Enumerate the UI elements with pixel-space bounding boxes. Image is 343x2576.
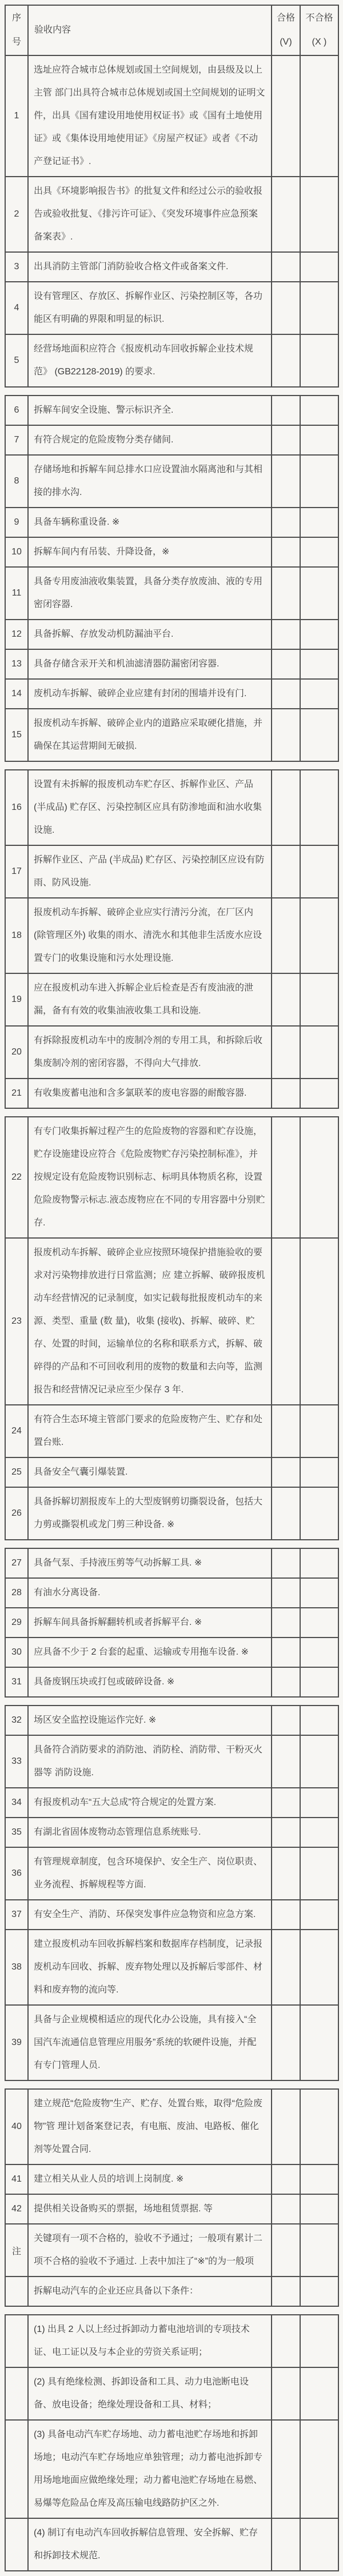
fail-mark-cell[interactable] bbox=[300, 2089, 338, 2164]
column-header-content: 验收内容 bbox=[28, 5, 272, 55]
acceptance-item-text: 有油水分离设备. bbox=[28, 1578, 272, 1608]
checklist-row: 34有报废机动车“五大总成”符合规定的处置方案. bbox=[5, 1788, 338, 1818]
row-number: 32 bbox=[5, 1706, 28, 1735]
acceptance-item-text: 废机动车拆解、破碎企业应建有封闭的围墙并设有门. bbox=[28, 679, 272, 709]
pass-mark-cell[interactable] bbox=[272, 845, 300, 898]
acceptance-item-text: (2) 具有绝缘检测、拆卸设备和工具、动力电池断电设备、放电设备；绝缘处理设备和… bbox=[28, 2367, 272, 2420]
acceptance-item-text: 拆解作业区、产品 (半成品) 贮存区、污染控制区应设有防雨、防风设施. bbox=[28, 845, 272, 898]
checklist-row: (3) 具备电动汽车贮存场地、动力蓄电池贮存场地和拆卸场地；电动汽车贮存场地应单… bbox=[5, 2420, 338, 2518]
fail-mark-cell[interactable] bbox=[300, 1608, 338, 1638]
acceptance-item-text: 关键项有一项不合格的，验收不予通过；一般项有累计二项不合格的验收不予通过. 上表… bbox=[28, 2224, 272, 2277]
fail-mark-cell[interactable] bbox=[300, 1818, 338, 1847]
acceptance-item-text: 有符合规定的危险废物分类存储间. bbox=[28, 425, 272, 455]
row-number: 18 bbox=[5, 898, 28, 973]
fail-mark-cell[interactable] bbox=[300, 282, 338, 334]
row-number: 11 bbox=[5, 567, 28, 620]
checklist-row: 38建立报废机动车回收拆解档案和数据库存档制度，记录报废机动车回收、拆解、废弃物… bbox=[5, 1930, 338, 2005]
acceptance-item-text: 拆解车间内有吊装、升降设备，※ bbox=[28, 537, 272, 567]
pass-mark-cell[interactable] bbox=[272, 1930, 300, 2005]
pass-mark-cell[interactable] bbox=[272, 1706, 300, 1735]
checklist-row: 15报废机动车拆解、破碎企业内的道路应采取硬化措施，并确保在其运营期间无破损. bbox=[5, 709, 338, 761]
fail-mark-cell[interactable] bbox=[300, 1847, 338, 1900]
fail-mark-cell[interactable] bbox=[300, 1457, 338, 1487]
row-number: 注 bbox=[5, 2224, 28, 2277]
fail-mark-cell[interactable] bbox=[300, 1788, 338, 1818]
pass-mark-cell[interactable] bbox=[272, 55, 300, 177]
acceptance-item-text: 具备与企业规模相适应的现代化办公设施，具有接入“全国汽车流通信息管理应用服务”系… bbox=[28, 2005, 272, 2080]
fail-mark-cell[interactable] bbox=[300, 1405, 338, 1457]
pass-mark-cell[interactable] bbox=[272, 1405, 300, 1457]
row-number: 26 bbox=[5, 1487, 28, 1540]
checklist-row: 5经营场地面积应符合《报废机动车回收拆解企业技术规范》 (GB22128-201… bbox=[5, 334, 338, 387]
checklist-row: 30应具备不少于 2 台套的起重、运输或专用拖车设备. ※ bbox=[5, 1638, 338, 1667]
checklist-row: 33具备符合消防要求的消防池、消防栓、消防带、干粉灭火器等 消防设施. bbox=[5, 1735, 338, 1788]
row-number: 33 bbox=[5, 1735, 28, 1788]
scrap-vehicle-acceptance-checklist-document: 序 号验收内容合格 (V)不合格 (X )1选址应符合城市总体规划或国土空间规划… bbox=[0, 0, 343, 2576]
fail-mark-cell[interactable] bbox=[300, 1578, 338, 1608]
checklist-row: 39具备与企业规模相适应的现代化办公设施，具有接入“全国汽车流通信息管理应用服务… bbox=[5, 2005, 338, 2080]
checklist-row: 3出具消防主管部门消防验收合格文件或备案文件. bbox=[5, 252, 338, 282]
row-number: 15 bbox=[5, 709, 28, 761]
fail-mark-cell[interactable] bbox=[300, 679, 338, 709]
pass-mark-cell[interactable] bbox=[272, 679, 300, 709]
checklist-row: 22有专门收集拆解过程产生的危险废物的容器和贮存设施，贮存设施建设应符合《危险废… bbox=[5, 1117, 338, 1238]
fail-mark-cell[interactable] bbox=[300, 649, 338, 679]
pass-mark-cell[interactable] bbox=[272, 2164, 300, 2194]
row-number: 7 bbox=[5, 425, 28, 455]
pass-mark-cell[interactable] bbox=[272, 2367, 300, 2420]
pass-mark-cell[interactable] bbox=[272, 973, 300, 1026]
row-number: 40 bbox=[5, 2089, 28, 2164]
acceptance-item-text: 出具《环境影响报告书》的批复文件和经过公示的验收报告或验收批复、《排污许可证》、… bbox=[28, 177, 272, 252]
fail-mark-cell[interactable] bbox=[300, 1238, 338, 1405]
checklist-row: 16设置有未拆解的报废机动车贮存区、拆解作业区、产品 (半成品) 贮存区、污染控… bbox=[5, 770, 338, 845]
fail-mark-cell[interactable] bbox=[300, 177, 338, 252]
pass-mark-cell[interactable] bbox=[272, 177, 300, 252]
fail-mark-cell[interactable] bbox=[300, 1930, 338, 2005]
fail-mark-cell[interactable] bbox=[300, 396, 338, 425]
fail-mark-cell[interactable] bbox=[300, 252, 338, 282]
pass-mark-cell[interactable] bbox=[272, 1548, 300, 1578]
acceptance-item-text: 具备符合消防要求的消防池、消防栓、消防带、干粉灭火器等 消防设施. bbox=[28, 1735, 272, 1788]
acceptance-item-text: 具备专用废油液收集装置，具备分类存放废油、液的专用密闭容器. bbox=[28, 567, 272, 620]
acceptance-item-text: 具备拆解切割报废车上的大型废钢剪切撕裂设备，包括大力剪或撕裂机或龙门剪三种设备.… bbox=[28, 1487, 272, 1540]
row-number bbox=[5, 2518, 28, 2571]
checklist-row: 24有符合生态环境主管部门要求的危险废物产生、贮存和处置台账. bbox=[5, 1405, 338, 1457]
fail-mark-cell[interactable] bbox=[300, 2194, 338, 2224]
acceptance-item-text: 报废机动车拆解、破碎企业内的道路应采取硬化措施，并确保在其运营期间无破损. bbox=[28, 709, 272, 761]
acceptance-item-text: 具备安全气囊引爆装置. bbox=[28, 1457, 272, 1487]
row-number: 34 bbox=[5, 1788, 28, 1818]
acceptance-item-text: 提供相关设备购买的票据，场地租赁票据. 等 bbox=[28, 2194, 272, 2224]
fail-mark-cell[interactable] bbox=[300, 770, 338, 845]
acceptance-item-text: 设有管理区、存放区、拆解作业区、污染控制区等，各功能区有明确的界限和明显的标识. bbox=[28, 282, 272, 334]
acceptance-item-text: 有专门收集拆解过程产生的危险废物的容器和贮存设施，贮存设施建设应符合《危险废物贮… bbox=[28, 1117, 272, 1238]
column-header-number: 序 号 bbox=[5, 5, 28, 55]
row-number: 14 bbox=[5, 679, 28, 709]
checklist-row: 14废机动车拆解、破碎企业应建有封闭的围墙并设有门. bbox=[5, 679, 338, 709]
row-number bbox=[5, 2420, 28, 2518]
checklist-row: (4) 制订有电动汽车回收拆解信息管理、安全拆解、贮存和拆卸技术规范. bbox=[5, 2518, 338, 2571]
checklist-row: 19应在报废机动车进入拆解企业后检查是否有废油液的泄漏，备有有效的收集油液收集工… bbox=[5, 973, 338, 1026]
checklist-row: 6拆解车间安全设施、警示标识齐全. bbox=[5, 396, 338, 425]
row-number: 13 bbox=[5, 649, 28, 679]
row-number: 41 bbox=[5, 2164, 28, 2194]
pass-mark-cell[interactable] bbox=[272, 2194, 300, 2224]
pass-mark-cell[interactable] bbox=[272, 455, 300, 508]
pass-mark-cell[interactable] bbox=[272, 537, 300, 567]
pass-mark-cell[interactable] bbox=[272, 2089, 300, 2164]
row-number: 22 bbox=[5, 1117, 28, 1238]
fail-mark-cell[interactable] bbox=[300, 2005, 338, 2080]
acceptance-item-text: 设置有未拆解的报废机动车贮存区、拆解作业区、产品 (半成品) 贮存区、污染控制区… bbox=[28, 770, 272, 845]
checklist-table-segment-1: 序 号验收内容合格 (V)不合格 (X )1选址应符合城市总体规划或国土空间规划… bbox=[5, 5, 339, 388]
checklist-row: 11具备专用废油液收集装置，具备分类存放废油、液的专用密闭容器. bbox=[5, 567, 338, 620]
pass-mark-cell[interactable] bbox=[272, 2005, 300, 2080]
row-number: 12 bbox=[5, 620, 28, 649]
checklist-row: 35有湖北省固体废物动态管理信息系统账号. bbox=[5, 1818, 338, 1847]
pass-mark-cell[interactable] bbox=[272, 709, 300, 761]
fail-mark-cell[interactable] bbox=[300, 898, 338, 973]
row-number: 9 bbox=[5, 508, 28, 537]
fail-mark-cell[interactable] bbox=[300, 508, 338, 537]
checklist-row: 8存储场地和拆解车间总排水口应设置油水隔离池和与其相接的排水沟. bbox=[5, 455, 338, 508]
column-header-fail: 不合格 (X ) bbox=[300, 5, 338, 55]
row-number: 24 bbox=[5, 1405, 28, 1457]
fail-mark-cell[interactable] bbox=[300, 1079, 338, 1108]
checklist-row: (2) 具有绝缘检测、拆卸设备和工具、动力电池断电设备、放电设备；绝缘处理设备和… bbox=[5, 2367, 338, 2420]
fail-mark-cell[interactable] bbox=[300, 2224, 338, 2277]
checklist-row: 12具备拆解、存放发动机防漏油平台. bbox=[5, 620, 338, 649]
acceptance-item-text: 拆解车间安全设施、警示标识齐全. bbox=[28, 396, 272, 425]
checklist-row: 42提供相关设备购买的票据，场地租赁票据. 等 bbox=[5, 2194, 338, 2224]
pass-mark-cell[interactable] bbox=[272, 1238, 300, 1405]
checklist-row: (1) 出具 2 人以上经过拆卸动力蓄电池培训的专项技术证、电工证以及与本企业的… bbox=[5, 2315, 338, 2367]
fail-mark-cell[interactable] bbox=[300, 845, 338, 898]
fail-mark-cell[interactable] bbox=[300, 2420, 338, 2518]
checklist-row: 25具备安全气囊引爆装置. bbox=[5, 1457, 338, 1487]
row-number: 27 bbox=[5, 1548, 28, 1578]
pass-mark-cell[interactable] bbox=[272, 1818, 300, 1847]
checklist-row: 28有油水分离设备. bbox=[5, 1578, 338, 1608]
checklist-table-segment-6: 32场区安全监控设施运作完好. ※33具备符合消防要求的消防池、消防栓、消防带、… bbox=[5, 1705, 339, 2081]
pass-mark-cell[interactable] bbox=[272, 1847, 300, 1900]
row-number: 4 bbox=[5, 282, 28, 334]
pass-mark-cell[interactable] bbox=[272, 1735, 300, 1788]
row-number: 35 bbox=[5, 1818, 28, 1847]
checklist-row: 37有安全生产、消防、环保突发事件应急物资和应急方案. bbox=[5, 1900, 338, 1930]
pass-mark-cell[interactable] bbox=[272, 2518, 300, 2571]
checklist-row: 20有拆除报废机动车中的废制冷剂的专用工具，和拆除后收集废制冷剂的密闭容器，不得… bbox=[5, 1026, 338, 1079]
pass-mark-cell[interactable] bbox=[272, 1079, 300, 1108]
checklist-row: 9具备车辆称重设备. ※ bbox=[5, 508, 338, 537]
pass-mark-cell[interactable] bbox=[272, 649, 300, 679]
acceptance-item-text: 具备气泵、手持液压剪等气动拆解工具. ※ bbox=[28, 1548, 272, 1578]
fail-mark-cell[interactable] bbox=[300, 1548, 338, 1578]
row-number: 17 bbox=[5, 845, 28, 898]
fail-mark-cell[interactable] bbox=[300, 620, 338, 649]
acceptance-item-text: 拆解电动汽车的企业还应具备以下条件： bbox=[28, 2277, 272, 2306]
checklist-row: 41建立相关从业人员的培训上岗制度. ※ bbox=[5, 2164, 338, 2194]
checklist-row: 10拆解车间内有吊装、升降设备，※ bbox=[5, 537, 338, 567]
acceptance-item-text: 拆解车间具备拆解翻转机或者拆解平台. ※ bbox=[28, 1608, 272, 1638]
row-number: 20 bbox=[5, 1026, 28, 1079]
row-number: 3 bbox=[5, 252, 28, 282]
acceptance-item-text: 场区安全监控设施运作完好. ※ bbox=[28, 1706, 272, 1735]
acceptance-item-text: 有湖北省固体废物动态管理信息系统账号. bbox=[28, 1818, 272, 1847]
acceptance-item-text: 具备废钢压块或打包或破碎设备. ※ bbox=[28, 1667, 272, 1697]
checklist-row: 29拆解车间具备拆解翻转机或者拆解平台. ※ bbox=[5, 1608, 338, 1638]
fail-mark-cell[interactable] bbox=[300, 973, 338, 1026]
row-number: 10 bbox=[5, 537, 28, 567]
row-number bbox=[5, 2315, 28, 2367]
acceptance-item-text: (3) 具备电动汽车贮存场地、动力蓄电池贮存场地和拆卸场地；电动汽车贮存场地应单… bbox=[28, 2420, 272, 2518]
acceptance-item-text: 应具备不少于 2 台套的起重、运输或专用拖车设备. ※ bbox=[28, 1638, 272, 1667]
row-number bbox=[5, 2367, 28, 2420]
checklist-row: 13具备存储含汞开关和机油滤清器防漏密闭容器. bbox=[5, 649, 338, 679]
fail-mark-cell[interactable] bbox=[300, 1638, 338, 1667]
row-number: 38 bbox=[5, 1930, 28, 2005]
acceptance-item-text: 报废机动车拆解、破碎企业应按照环境保护措施验收的要求对污染物排放进行日常监测；应… bbox=[28, 1238, 272, 1405]
pass-mark-cell[interactable] bbox=[272, 2277, 300, 2306]
fail-mark-cell[interactable] bbox=[300, 2277, 338, 2306]
row-number: 23 bbox=[5, 1238, 28, 1405]
pass-mark-cell[interactable] bbox=[272, 1667, 300, 1697]
row-number: 19 bbox=[5, 973, 28, 1026]
acceptance-item-text: 有收集废蓄电池和含多氯联苯的废电容器的耐酸容器. bbox=[28, 1079, 272, 1108]
checklist-row: 1选址应符合城市总体规划或国土空间规划，由县级及以上主管 部门出具符合城市总体规… bbox=[5, 55, 338, 177]
row-number: 37 bbox=[5, 1900, 28, 1930]
checklist-row: 36有管理规章制度，包含环境保护、安全生产、岗位职责、业务流程、拆解规程等方面. bbox=[5, 1847, 338, 1900]
fail-mark-cell[interactable] bbox=[300, 709, 338, 761]
fail-mark-cell[interactable] bbox=[300, 2164, 338, 2194]
pass-mark-cell[interactable] bbox=[272, 770, 300, 845]
acceptance-item-text: 有安全生产、消防、环保突发事件应急物资和应急方案. bbox=[28, 1900, 272, 1930]
row-number: 5 bbox=[5, 334, 28, 387]
checklist-table-segment-7: 40建立规范“危险废物”生产、贮存、处置台账，取得“危险废物”管 理计划备案登记… bbox=[5, 2088, 339, 2307]
pass-mark-cell[interactable] bbox=[272, 620, 300, 649]
acceptance-item-text: 有管理规章制度，包含环境保护、安全生产、岗位职责、业务流程、拆解规程等方面. bbox=[28, 1847, 272, 1900]
acceptance-item-text: 选址应符合城市总体规划或国土空间规划，由县级及以上主管 部门出具符合城市总体规划… bbox=[28, 55, 272, 177]
pass-mark-cell[interactable] bbox=[272, 1026, 300, 1079]
pass-mark-cell[interactable] bbox=[272, 1788, 300, 1818]
column-header-pass: 合格 (V) bbox=[272, 5, 300, 55]
checklist-row: 26具备拆解切割报废车上的大型废钢剪切撕裂设备，包括大力剪或撕裂机或龙门剪三种设… bbox=[5, 1487, 338, 1540]
acceptance-item-text: 报废机动车拆解、破碎企业应实行清污分流，在厂区内 (除管理区外) 收集的雨水、清… bbox=[28, 898, 272, 973]
pass-mark-cell[interactable] bbox=[272, 334, 300, 387]
checklist-row: 4设有管理区、存放区、拆解作业区、污染控制区等，各功能区有明确的界限和明显的标识… bbox=[5, 282, 338, 334]
fail-mark-cell[interactable] bbox=[300, 1706, 338, 1735]
acceptance-item-text: 建立报废机动车回收拆解档案和数据库存档制度，记录报废机动车回收、拆解、废弃物处理… bbox=[28, 1930, 272, 2005]
acceptance-item-text: (4) 制订有电动汽车回收拆解信息管理、安全拆解、贮存和拆卸技术规范. bbox=[28, 2518, 272, 2571]
checklist-row: 18报废机动车拆解、破碎企业应实行清污分流，在厂区内 (除管理区外) 收集的雨水… bbox=[5, 898, 338, 973]
fail-mark-cell[interactable] bbox=[300, 334, 338, 387]
row-number: 1 bbox=[5, 55, 28, 177]
pass-mark-cell[interactable] bbox=[272, 282, 300, 334]
pass-mark-cell[interactable] bbox=[272, 898, 300, 973]
checklist-row: 27具备气泵、手持液压剪等气动拆解工具. ※ bbox=[5, 1548, 338, 1578]
pass-mark-cell[interactable] bbox=[272, 508, 300, 537]
row-number: 29 bbox=[5, 1608, 28, 1638]
checklist-table-segment-4: 22有专门收集拆解过程产生的危险废物的容器和贮存设施，贮存设施建设应符合《危险废… bbox=[5, 1116, 339, 1540]
pass-mark-cell[interactable] bbox=[272, 1487, 300, 1540]
row-number: 2 bbox=[5, 177, 28, 252]
checklist-table-segment-3: 16设置有未拆解的报废机动车贮存区、拆解作业区、产品 (半成品) 贮存区、污染控… bbox=[5, 769, 339, 1109]
pass-mark-cell[interactable] bbox=[272, 2315, 300, 2367]
pass-mark-cell[interactable] bbox=[272, 2224, 300, 2277]
checklist-row: 32场区安全监控设施运作完好. ※ bbox=[5, 1706, 338, 1735]
acceptance-item-text: (1) 出具 2 人以上经过拆卸动力蓄电池培训的专项技术证、电工证以及与本企业的… bbox=[28, 2315, 272, 2367]
row-number: 8 bbox=[5, 455, 28, 508]
fail-mark-cell[interactable] bbox=[300, 2315, 338, 2367]
pass-mark-cell[interactable] bbox=[272, 1117, 300, 1238]
acceptance-item-text: 有报废机动车“五大总成”符合规定的处置方案. bbox=[28, 1788, 272, 1818]
row-number: 6 bbox=[5, 396, 28, 425]
header-row: 序 号验收内容合格 (V)不合格 (X ) bbox=[5, 5, 338, 55]
checklist-row: 21有收集废蓄电池和含多氯联苯的废电容器的耐酸容器. bbox=[5, 1079, 338, 1108]
checklist-row: 17拆解作业区、产品 (半成品) 贮存区、污染控制区应设有防雨、防风设施. bbox=[5, 845, 338, 898]
checklist-row: 40建立规范“危险废物”生产、贮存、处置台账，取得“危险废物”管 理计划备案登记… bbox=[5, 2089, 338, 2164]
acceptance-item-text: 经营场地面积应符合《报废机动车回收拆解企业技术规范》 (GB22128-2019… bbox=[28, 334, 272, 387]
checklist-row: 23报废机动车拆解、破碎企业应按照环境保护措施验收的要求对污染物排放进行日常监测… bbox=[5, 1238, 338, 1405]
pass-mark-cell[interactable] bbox=[272, 1638, 300, 1667]
acceptance-item-text: 具备拆解、存放发动机防漏油平台. bbox=[28, 620, 272, 649]
checklist-table-segment-5: 27具备气泵、手持液压剪等气动拆解工具. ※28有油水分离设备.29拆解车间具备… bbox=[5, 1548, 339, 1698]
row-number: 30 bbox=[5, 1638, 28, 1667]
pass-mark-cell[interactable] bbox=[272, 567, 300, 620]
pass-mark-cell[interactable] bbox=[272, 1578, 300, 1608]
acceptance-item-text: 有拆除报废机动车中的废制冷剂的专用工具，和拆除后收集废制冷剂的密闭容器，不得向大… bbox=[28, 1026, 272, 1079]
fail-mark-cell[interactable] bbox=[300, 425, 338, 455]
row-number: 39 bbox=[5, 2005, 28, 2080]
pass-mark-cell[interactable] bbox=[272, 1457, 300, 1487]
fail-mark-cell[interactable] bbox=[300, 2518, 338, 2571]
checklist-row: 注关键项有一项不合格的，验收不予通过；一般项有累计二项不合格的验收不予通过. 上… bbox=[5, 2224, 338, 2277]
acceptance-item-text: 出具消防主管部门消防验收合格文件或备案文件. bbox=[28, 252, 272, 282]
row-number: 36 bbox=[5, 1847, 28, 1900]
pass-mark-cell[interactable] bbox=[272, 2420, 300, 2518]
row-number: 28 bbox=[5, 1578, 28, 1608]
acceptance-item-text: 存储场地和拆解车间总排水口应设置油水隔离池和与其相接的排水沟. bbox=[28, 455, 272, 508]
fail-mark-cell[interactable] bbox=[300, 1117, 338, 1238]
acceptance-item-text: 有符合生态环境主管部门要求的危险废物产生、贮存和处置台账. bbox=[28, 1405, 272, 1457]
acceptance-item-text: 具备存储含汞开关和机油滤清器防漏密闭容器. bbox=[28, 649, 272, 679]
pass-mark-cell[interactable] bbox=[272, 396, 300, 425]
pass-mark-cell[interactable] bbox=[272, 1608, 300, 1638]
fail-mark-cell[interactable] bbox=[300, 1735, 338, 1788]
pass-mark-cell[interactable] bbox=[272, 425, 300, 455]
checklist-table-segment-2: 6拆解车间安全设施、警示标识齐全.7有符合规定的危险废物分类存储间.8存储场地和… bbox=[5, 395, 339, 762]
pass-mark-cell[interactable] bbox=[272, 1900, 300, 1930]
checklist-row: 拆解电动汽车的企业还应具备以下条件： bbox=[5, 2277, 338, 2306]
checklist-table-segment-8: (1) 出具 2 人以上经过拆卸动力蓄电池培训的专项技术证、电工证以及与本企业的… bbox=[5, 2314, 339, 2571]
acceptance-item-text: 具备车辆称重设备. ※ bbox=[28, 508, 272, 537]
fail-mark-cell[interactable] bbox=[300, 537, 338, 567]
fail-mark-cell[interactable] bbox=[300, 455, 338, 508]
fail-mark-cell[interactable] bbox=[300, 1667, 338, 1697]
checklist-row: 7有符合规定的危险废物分类存储间. bbox=[5, 425, 338, 455]
fail-mark-cell[interactable] bbox=[300, 1487, 338, 1540]
acceptance-item-text: 建立相关从业人员的培训上岗制度. ※ bbox=[28, 2164, 272, 2194]
row-number: 42 bbox=[5, 2194, 28, 2224]
pass-mark-cell[interactable] bbox=[272, 252, 300, 282]
row-number: 25 bbox=[5, 1457, 28, 1487]
row-number bbox=[5, 2277, 28, 2306]
fail-mark-cell[interactable] bbox=[300, 55, 338, 177]
checklist-row: 31具备废钢压块或打包或破碎设备. ※ bbox=[5, 1667, 338, 1697]
fail-mark-cell[interactable] bbox=[300, 1026, 338, 1079]
row-number: 31 bbox=[5, 1667, 28, 1697]
acceptance-item-text: 应在报废机动车进入拆解企业后检查是否有废油液的泄漏，备有有效的收集油液收集工具和… bbox=[28, 973, 272, 1026]
acceptance-item-text: 建立规范“危险废物”生产、贮存、处置台账，取得“危险废物”管 理计划备案登记表，… bbox=[28, 2089, 272, 2164]
fail-mark-cell[interactable] bbox=[300, 567, 338, 620]
checklist-row: 2出具《环境影响报告书》的批复文件和经过公示的验收报告或验收批复、《排污许可证》… bbox=[5, 177, 338, 252]
fail-mark-cell[interactable] bbox=[300, 1900, 338, 1930]
row-number: 16 bbox=[5, 770, 28, 845]
row-number: 21 bbox=[5, 1079, 28, 1108]
fail-mark-cell[interactable] bbox=[300, 2367, 338, 2420]
